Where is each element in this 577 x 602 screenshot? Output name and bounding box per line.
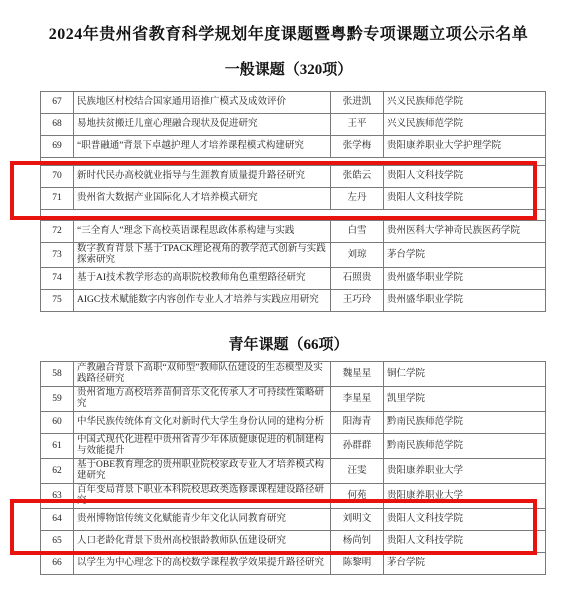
cell-project-title: 基于OBE教育理念的贵州职业院校家政专业人才培养模式构建研究 (74, 459, 331, 484)
table-row: 72 “三全育人”理念下高校英语课程思政体系构建与实践 白雪 贵州医科大学神奇民… (41, 221, 546, 243)
document-title: 2024年贵州省教育科学规划年度课题暨粤黔专项课题立项公示名单 (0, 0, 577, 44)
table-row: 75 AIGC技术赋能数字内容创作专业人才培养与实践应用研究 王巧玲 贵州盛华职… (41, 290, 546, 312)
section-heading: 一般课题（320项） (0, 58, 577, 79)
table-row: 71 贵州省大数据产业国际化人才培养模式研究 左丹 贵阳人文科技学院 (41, 188, 546, 210)
cell-leader-name: 陈黎明 (331, 553, 384, 575)
cell-project-title: 中国式现代化进程中贵州省青少年体质健康促进的机制建构与效能提升 (74, 434, 331, 459)
table-row: 60 中华民族传统体育文化对新时代大学生身份认同的建构分析 阳海青 黔南民族师范… (41, 412, 546, 434)
cell-leader-name: 石照贵 (331, 268, 384, 290)
table-row: 64 贵州博物馆传统文化赋能青少年文化认同教育研究 刘明文 贵阳人文科技学院 (41, 509, 546, 531)
cell-institution: 铜仁学院 (384, 362, 546, 387)
table-row: 68 易地扶贫搬迁儿童心理融合现状及促进研究 王平 兴义民族师范学院 (41, 114, 546, 136)
cell-institution: 贵阳康养职业大学 (384, 484, 546, 509)
cell-leader-name: 汪雯 (331, 459, 384, 484)
cell-project-title: 贵州省地方高校培养苗侗音乐文化传承人才可持续性策略研究 (74, 387, 331, 412)
cell-row-number: 62 (41, 459, 74, 484)
cell-project-title: 贵州省大数据产业国际化人才培养模式研究 (74, 188, 331, 210)
cell-row-number: 64 (41, 509, 74, 531)
section-heading: 青年课题（66项） (0, 333, 577, 354)
cell-institution: 贵阳人文科技学院 (384, 166, 546, 188)
cell-leader-name: 王平 (331, 114, 384, 136)
cell-project-title: 人口老龄化背景下贵州高校银龄教师队伍建设研究 (74, 531, 331, 553)
cell-leader-name: 何苑 (331, 484, 384, 509)
cell-row-number: 68 (41, 114, 74, 136)
cell-project-title: 数字教育背景下基于TPACK理论视角的教学范式创新与实践探索研究 (74, 243, 331, 268)
cell-institution: 贵阳康养职业大学 (384, 459, 546, 484)
cell-row-number: 66 (41, 553, 74, 575)
cell-institution: 兴义民族师范学院 (384, 92, 546, 114)
cell-institution: 凯里学院 (384, 387, 546, 412)
table-row: 65 人口老龄化背景下贵州高校银龄教师队伍建设研究 杨尚钊 贵阳人文科技学院 (41, 531, 546, 553)
cell-row-number: 58 (41, 362, 74, 387)
cell-row-number: 63 (41, 484, 74, 509)
projects-table: 67 民族地区村校结合国家通用语推广模式及成效评价 张进凯 兴义民族师范学院 6… (40, 91, 546, 312)
cell-leader-name: 魏星星 (331, 362, 384, 387)
cell-row-number: 60 (41, 412, 74, 434)
cell-leader-name: 左丹 (331, 188, 384, 210)
cell-leader-name: 张学梅 (331, 136, 384, 158)
cell-project-title: 贵州博物馆传统文化赋能青少年文化认同教育研究 (74, 509, 331, 531)
cell-project-title: 基于AI技术教学形态的高职院校教师角色重塑路径研究 (74, 268, 331, 290)
cell-row-number: 69 (41, 136, 74, 158)
table-row: 70 新时代民办高校就业指导与生涯教育质量提升路径研究 张皓云 贵阳人文科技学院 (41, 166, 546, 188)
cell-institution: 贵州盛华职业学院 (384, 290, 546, 312)
cell-row-number: 65 (41, 531, 74, 553)
cell-leader-name: 李星星 (331, 387, 384, 412)
topic-section: 青年课题（66项） 58 产教融合背景下高职“双师型”教师队伍建设的生态模型及实… (0, 333, 577, 575)
cell-leader-name: 杨尚钊 (331, 531, 384, 553)
table-row: 74 基于AI技术教学形态的高职院校教师角色重塑路径研究 石照贵 贵州盛华职业学… (41, 268, 546, 290)
cell-leader-name: 白雪 (331, 221, 384, 243)
cell-row-number: 59 (41, 387, 74, 412)
cell-leader-name: 张皓云 (331, 166, 384, 188)
cell-institution: 贵阳康养职业大学护理学院 (384, 136, 546, 158)
cell-institution: 茅台学院 (384, 553, 546, 575)
cell-row-number: 67 (41, 92, 74, 114)
spacer-row (41, 210, 546, 221)
table-row: 67 民族地区村校结合国家通用语推广模式及成效评价 张进凯 兴义民族师范学院 (41, 92, 546, 114)
cell-project-title: 中华民族传统体育文化对新时代大学生身份认同的建构分析 (74, 412, 331, 434)
table-row: 58 产教融合背景下高职“双师型”教师队伍建设的生态模型及实践路径研究 魏星星 … (41, 362, 546, 387)
cell-project-title: 民族地区村校结合国家通用语推广模式及成效评价 (74, 92, 331, 114)
document-page: 2024年贵州省教育科学规划年度课题暨粤黔专项课题立项公示名单 一般课题（320… (0, 0, 577, 602)
cell-leader-name: 张进凯 (331, 92, 384, 114)
table-row: 63 百年变局背景下职业本科院校思政类选修课课程建设路径研究 何苑 贵阳康养职业… (41, 484, 546, 509)
table-row: 73 数字教育背景下基于TPACK理论视角的教学范式创新与实践探索研究 刘琼 茅… (41, 243, 546, 268)
cell-row-number: 74 (41, 268, 74, 290)
cell-institution: 贵阳人文科技学院 (384, 531, 546, 553)
table-row: 69 “职普融通”背景下卓越护理人才培养课程模式构建研究 张学梅 贵阳康养职业大… (41, 136, 546, 158)
cell-institution: 兴义民族师范学院 (384, 114, 546, 136)
cell-project-title: “职普融通”背景下卓越护理人才培养课程模式构建研究 (74, 136, 331, 158)
cell-institution: 贵阳人文科技学院 (384, 509, 546, 531)
cell-project-title: 产教融合背景下高职“双师型”教师队伍建设的生态模型及实践路径研究 (74, 362, 331, 387)
cell-row-number: 72 (41, 221, 74, 243)
cell-project-title: 新时代民办高校就业指导与生涯教育质量提升路径研究 (74, 166, 331, 188)
cell-project-title: AIGC技术赋能数字内容创作专业人才培养与实践应用研究 (74, 290, 331, 312)
cell-institution: 贵阳人文科技学院 (384, 188, 546, 210)
cell-project-title: 百年变局背景下职业本科院校思政类选修课课程建设路径研究 (74, 484, 331, 509)
cell-institution: 黔南民族师范学院 (384, 434, 546, 459)
cell-institution: 贵州盛华职业学院 (384, 268, 546, 290)
cell-leader-name: 刘明文 (331, 509, 384, 531)
sections-container: 一般课题（320项） 67 民族地区村校结合国家通用语推广模式及成效评价 张进凯… (0, 58, 577, 575)
cell-row-number: 75 (41, 290, 74, 312)
spacer-row (41, 158, 546, 166)
cell-project-title: 以学生为中心理念下的高校数学课程教学效果提升路径研究 (74, 553, 331, 575)
table-row: 62 基于OBE教育理念的贵州职业院校家政专业人才培养模式构建研究 汪雯 贵阳康… (41, 459, 546, 484)
cell-institution: 黔南民族师范学院 (384, 412, 546, 434)
topic-section: 一般课题（320项） 67 民族地区村校结合国家通用语推广模式及成效评价 张进凯… (0, 58, 577, 312)
table-row: 61 中国式现代化进程中贵州省青少年体质健康促进的机制建构与效能提升 孙群群 黔… (41, 434, 546, 459)
table-row: 66 以学生为中心理念下的高校数学课程教学效果提升路径研究 陈黎明 茅台学院 (41, 553, 546, 575)
cell-leader-name: 阳海青 (331, 412, 384, 434)
cell-project-title: 易地扶贫搬迁儿童心理融合现状及促进研究 (74, 114, 331, 136)
cell-row-number: 73 (41, 243, 74, 268)
cell-project-title: “三全育人”理念下高校英语课程思政体系构建与实践 (74, 221, 331, 243)
cell-row-number: 71 (41, 188, 74, 210)
cell-leader-name: 刘琼 (331, 243, 384, 268)
cell-institution: 贵州医科大学神奇民族医药学院 (384, 221, 546, 243)
table-row: 59 贵州省地方高校培养苗侗音乐文化传承人才可持续性策略研究 李星星 凯里学院 (41, 387, 546, 412)
cell-institution: 茅台学院 (384, 243, 546, 268)
cell-leader-name: 王巧玲 (331, 290, 384, 312)
cell-row-number: 70 (41, 166, 74, 188)
cell-leader-name: 孙群群 (331, 434, 384, 459)
projects-table: 58 产教融合背景下高职“双师型”教师队伍建设的生态模型及实践路径研究 魏星星 … (40, 361, 546, 575)
cell-row-number: 61 (41, 434, 74, 459)
